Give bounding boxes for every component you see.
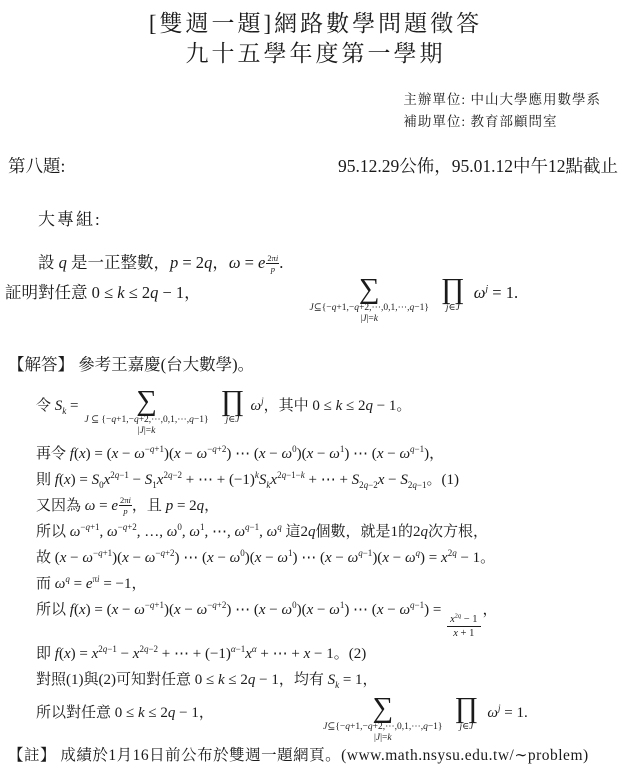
- product-operator: ∏ j∈J: [441, 276, 465, 315]
- sigma-icon: ∑: [359, 276, 380, 303]
- sponsor-line: 補助單位: 教育部顧問室: [403, 111, 601, 133]
- claim-equals-one: ωj = 1.: [474, 283, 518, 303]
- sum-operator: ∑ J⊆{−q+1,−q+2,⋯,0,1,⋯,q−1} |J|=k: [310, 276, 429, 326]
- sum-limit-set: J⊆{−q+1,−q+2,⋯,0,1,⋯,q−1}: [323, 722, 442, 734]
- product-operator: ∏ j∈J: [455, 695, 479, 734]
- pi-product-icon: ∏: [441, 276, 465, 303]
- problem-setup-line: 設 q 是一正整數，p = 2q，ω = e2πip.: [38, 249, 631, 274]
- sum-limit-set: J ⊆ {−q+1,−q+2,⋯,0,1,⋯,q−1}: [84, 415, 208, 427]
- solution-body: 令 Sk = ∑ J ⊆ {−q+1,−q+2,⋯,0,1,⋯,q−1} |J|…: [36, 388, 631, 745]
- solution-line-compare: 對照(1)與(2)可知對任意 0 ≤ k ≤ 2q − 1，均有 Sk = 1，: [36, 667, 631, 693]
- page-title: [雙週一題]網路數學問題徵答: [0, 0, 631, 39]
- sum-limit-set: J⊆{−q+1,−q+2,⋯,0,1,⋯,q−1}: [310, 303, 429, 315]
- solution-header: 【解答】 參考王嘉慶(台大數學)。: [8, 351, 631, 375]
- claim-prefix-text: 証明對任意 0 ≤ k ≤ 2q − 1，: [5, 279, 201, 303]
- group-label: 大專組:: [38, 205, 631, 230]
- solution-line-f-definition: 再令 f(x) = (x − ω−q+1)(x − ω−q+2) ⋯ (x − …: [36, 441, 631, 467]
- solution-line-omega-q: 而 ωq = eπi = −1，: [36, 571, 631, 597]
- footnote: 【註】 成績於1月16日前公布於雙週一題網頁。(www.math.nsysu.e…: [8, 743, 589, 765]
- solution-line-conclusion: 所以對任意 0 ≤ k ≤ 2q − 1， ∑ J⊆{−q+1,−q+2,⋯,0…: [36, 695, 631, 745]
- solution-line-f-expansion: 則 f(x) = S0x2q−1 − S1x2q−2 + ⋯ + (−1)kSk…: [36, 467, 631, 493]
- sum-operator: ∑ J⊆{−q+1,−q+2,⋯,0,1,⋯,q−1} |J|=k: [323, 695, 442, 745]
- sigma-icon: ∑: [372, 695, 393, 722]
- page-subtitle: 九十五學年度第一學期: [0, 39, 631, 69]
- solution-line-f-alternating: 即 f(x) = x2q−1 − x2q−2 + ⋯ + (−1)α−1xα +…: [36, 641, 631, 667]
- product-operator: ∏ j∈J: [221, 388, 245, 427]
- organizer-block: 主辦單位: 中山大學應用數學系 補助單位: 教育部顧問室: [403, 89, 601, 132]
- sum-limit-cardinality: |J|=k: [360, 314, 378, 326]
- product-limit: j∈J: [446, 303, 460, 315]
- formula-text-post: ωj，其中 0 ≤ k ≤ 2q − 1。: [250, 393, 411, 419]
- sum-limit-cardinality: |J|=k: [138, 426, 156, 438]
- claim-formula: ∑ J⊆{−q+1,−q+2,⋯,0,1,⋯,q−1} |J|=k ∏ j∈J …: [201, 276, 621, 326]
- problem-header-row: 第八題: 95.12.29公佈，95.01.12中午12點截止: [0, 153, 631, 178]
- sigma-icon: ∑: [136, 388, 157, 415]
- formula-text-pre: 令 Sk =: [36, 393, 78, 419]
- solution-line-roots-of-unity: 所以 ω−q+1, ω−q+2, …, ω0, ω1, ⋯, ωq−1, ωq …: [36, 519, 631, 545]
- conclusion-equals-one: ωj = 1.: [487, 700, 527, 726]
- problem-schedule: 95.12.29公佈，95.01.12中午12點截止: [338, 153, 618, 178]
- product-limit: j∈J: [226, 415, 240, 427]
- document-page: [雙週一題]網路數學問題徵答 九十五學年度第一學期 主辦單位: 中山大學應用數學…: [0, 0, 631, 780]
- conclusion-formula: ∑ J⊆{−q+1,−q+2,⋯,0,1,⋯,q−1} |J|=k ∏ j∈J …: [214, 695, 631, 745]
- organizer-line: 主辦單位: 中山大學應用數學系: [403, 89, 601, 111]
- problem-number-label: 第八題:: [8, 153, 65, 178]
- formula-text-pre: 所以對任意 0 ≤ k ≤ 2q − 1，: [36, 700, 214, 726]
- pi-product-icon: ∏: [221, 388, 245, 415]
- sum-operator: ∑ J ⊆ {−q+1,−q+2,⋯,0,1,⋯,q−1} |J|=k: [84, 388, 208, 438]
- pi-product-icon: ∏: [455, 695, 479, 722]
- product-limit: j∈J: [459, 722, 473, 734]
- problem-claim-row: 証明對任意 0 ≤ k ≤ 2q − 1， ∑ J⊆{−q+1,−q+2,⋯,0…: [0, 276, 631, 326]
- solution-line-full-product: 故 (x − ω−q+1)(x − ω−q+2) ⋯ (x − ω0)(x − …: [36, 545, 631, 571]
- solution-line-sk-definition: 令 Sk = ∑ J ⊆ {−q+1,−q+2,⋯,0,1,⋯,q−1} |J|…: [36, 388, 631, 438]
- solution-line-f-quotient: 所以 f(x) = (x − ω−q+1)(x − ω−q+2) ⋯ (x − …: [36, 597, 631, 641]
- solution-line-omega-recall: 又因為 ω = e2πip，且 p = 2q，: [36, 493, 631, 519]
